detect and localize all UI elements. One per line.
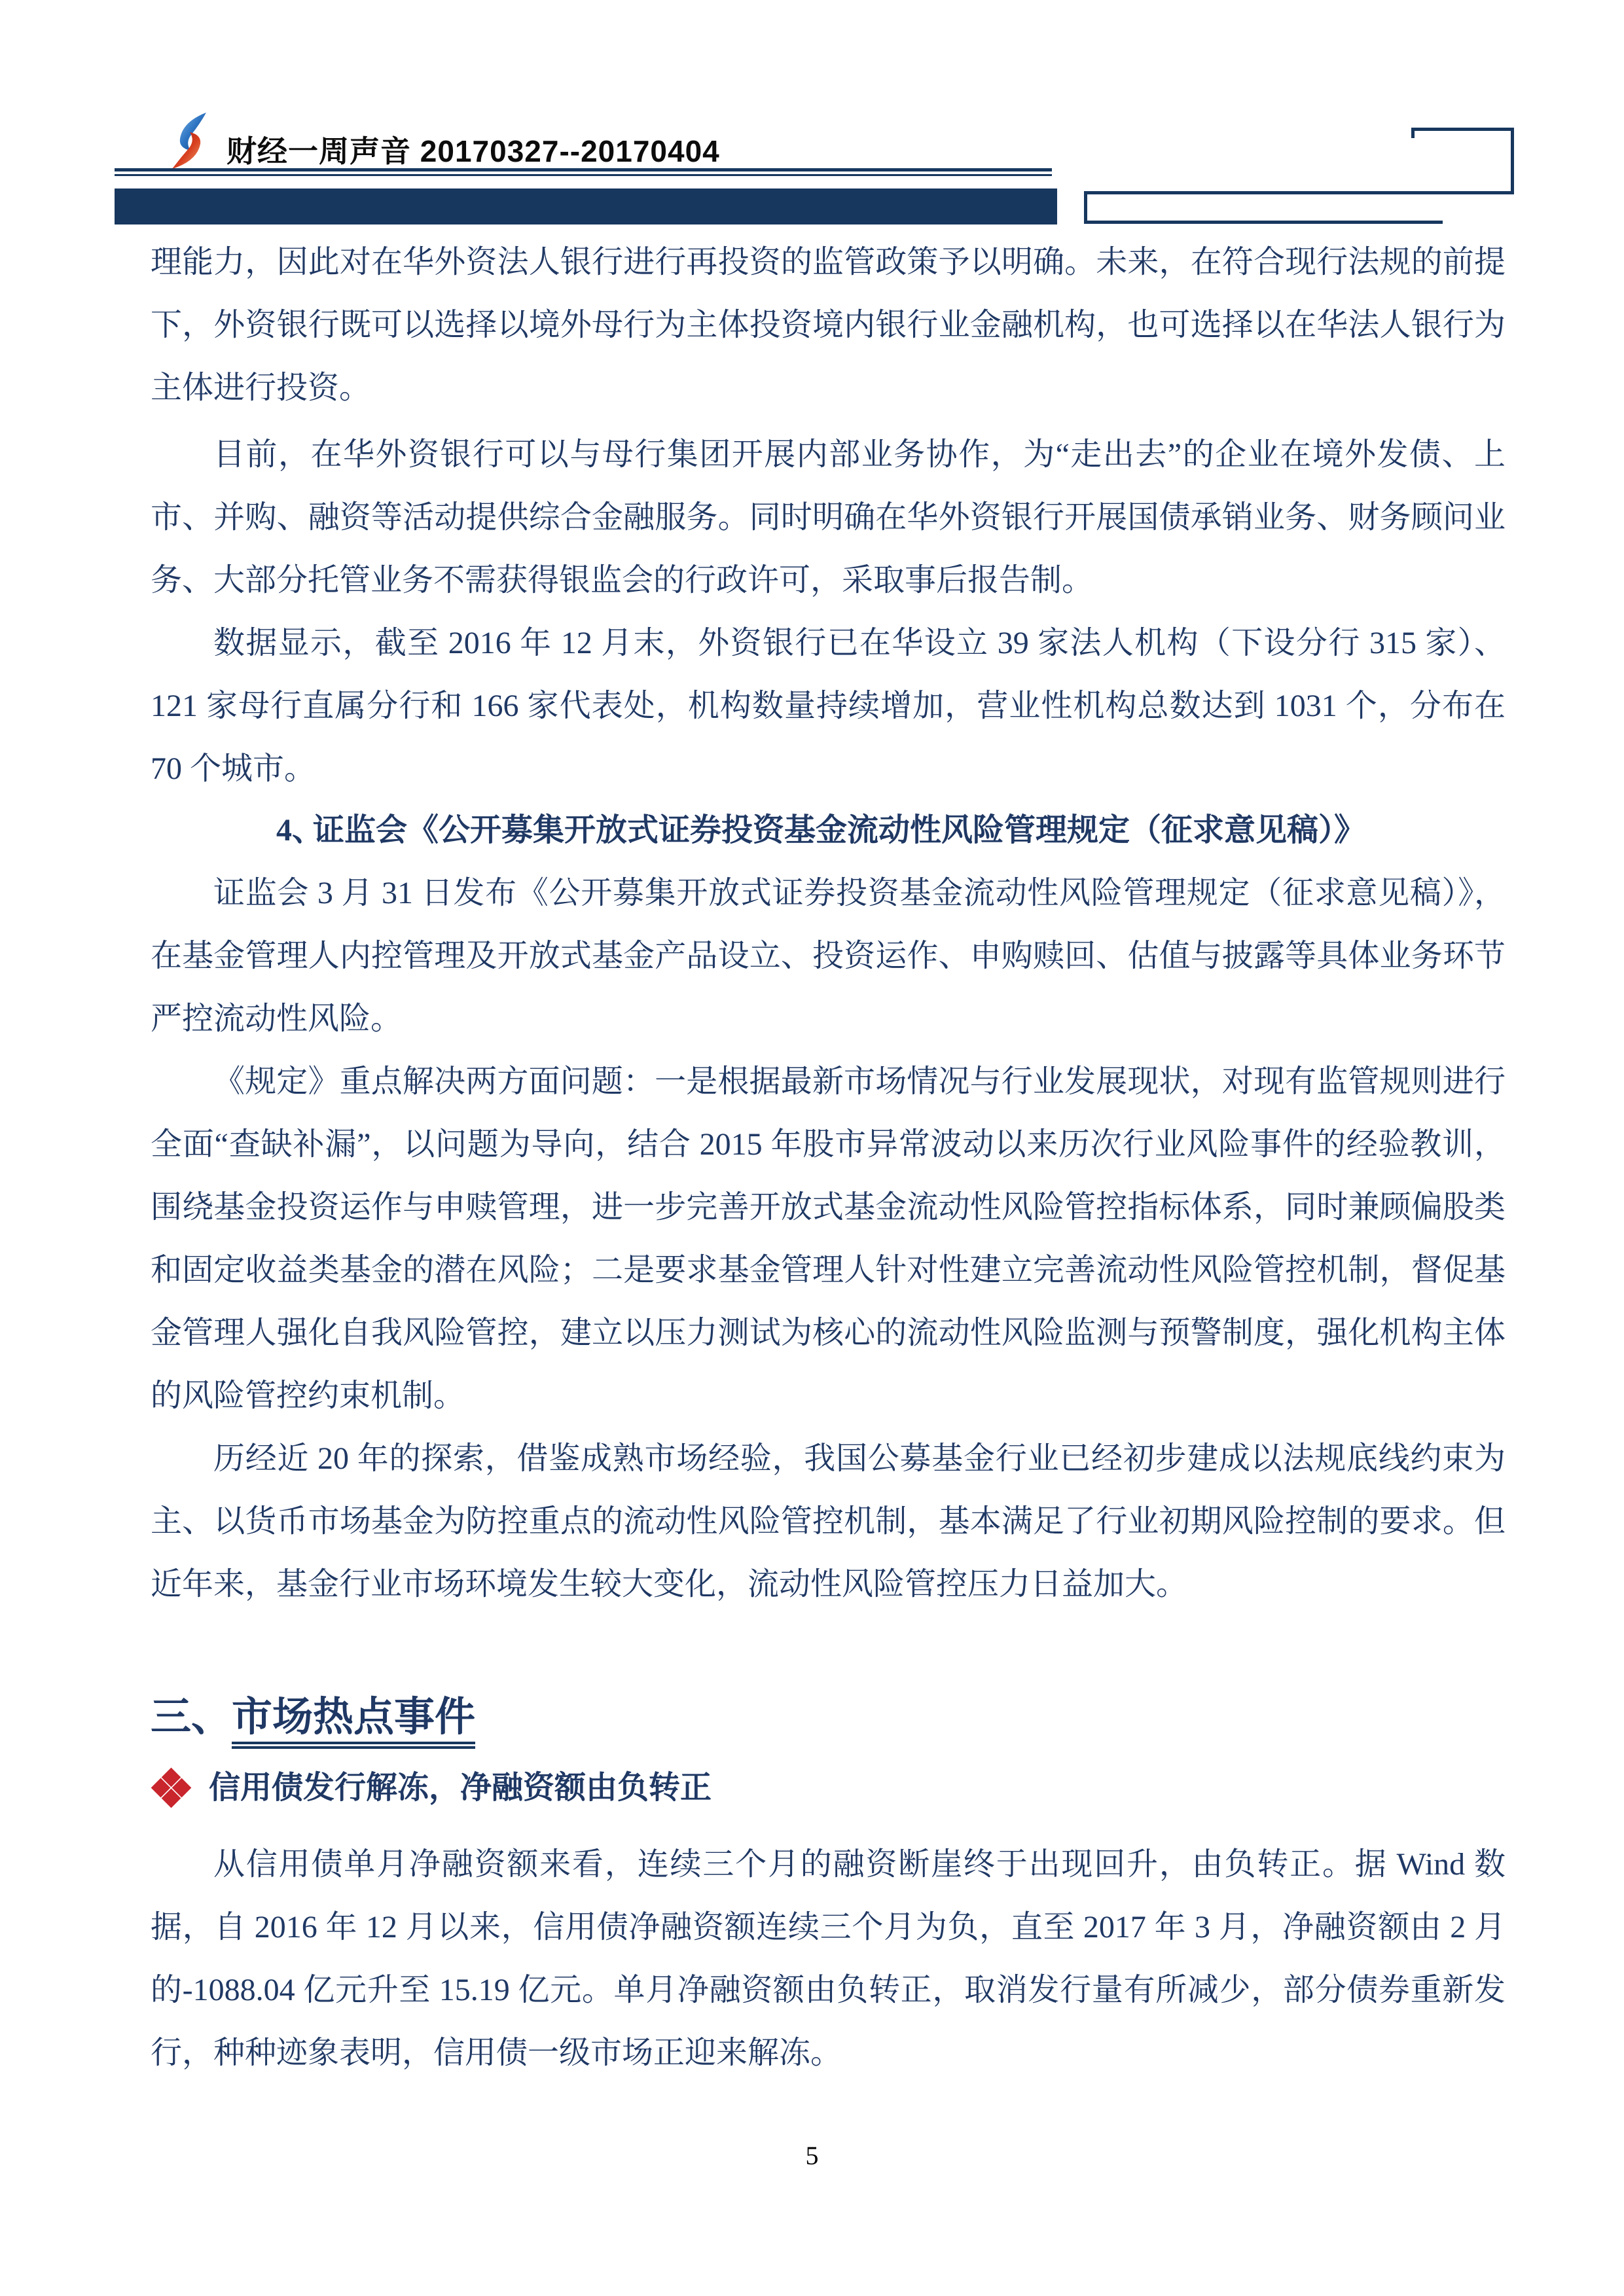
numbered-subheading-4: 4、证监会《公开募集开放式证券投资基金流动性风险管理规定（征求意见稿）》: [151, 799, 1506, 862]
textbox-outline-upper: [1411, 128, 1514, 194]
paragraph-1: 理能力，因此对在华外资法人银行进行再投资的监管政策予以明确。未来，在符合现行法规…: [151, 231, 1506, 420]
paragraph-7: 从信用债单月净融资额来看，连续三个月的融资断崖终于出现回升，由负转正。据 Win…: [151, 1833, 1506, 2085]
subheading-text: 证监会《公开募集开放式证券投资基金流动性风险管理规定（征求意见稿）》: [313, 813, 1365, 848]
section-heading: 三、市场热点事件: [151, 1691, 475, 1744]
header-rule-top: [115, 168, 1052, 171]
subheading-number: 4、: [213, 799, 313, 862]
textbox-outline-lower-left-edge: [1084, 191, 1087, 224]
s-swirl-logo-icon: [166, 113, 217, 170]
header-navy-bar: [115, 188, 1057, 224]
bullet-heading-title: 信用债发行解冻，净融资额由负转正: [209, 1762, 712, 1814]
report-title: 财经一周声音 20170327--20170404: [226, 134, 1012, 169]
textbox-outline-lower-bottom-edge: [1084, 221, 1443, 224]
paragraph-5: 《规定》重点解决两方面问题：一是根据最新市场情况与行业发展现状，对现有监管规则进…: [151, 1050, 1506, 1427]
textbox-outline-upper-left-stub: [1411, 128, 1415, 138]
paragraph-2: 目前，在华外资银行可以与母行集团开展内部业务协作，为“走出去”的企业在境外发债、…: [151, 423, 1506, 612]
paragraph-6: 历经近 20 年的探索，借鉴成熟市场经验，我国公募基金行业已经初步建成以法规底线…: [151, 1427, 1506, 1616]
section-heading-title: 市场热点事件: [232, 1695, 475, 1749]
paragraph-3: 数据显示，截至 2016 年 12 月末，外资银行已在华设立 39 家法人机构（…: [151, 612, 1506, 800]
document-page: 财经一周声音 20170327--20170404 理能力，因此对在华外资法人银…: [0, 0, 1624, 2296]
bullet-heading-row: 信用债发行解冻，净融资额由负转正: [153, 1762, 1506, 1814]
section-heading-number: 三、: [151, 1695, 232, 1740]
page-number: 5: [0, 2142, 1624, 2170]
header-rule-bottom: [115, 174, 1052, 176]
paragraph-4: 证监会 3 月 31 日发布《公开募集开放式证券投资基金流动性风险管理规定（征求…: [151, 862, 1506, 1050]
red-diamond-cluster-icon: [153, 1769, 190, 1807]
textbox-outline-lower-top-edge: [1084, 191, 1514, 194]
